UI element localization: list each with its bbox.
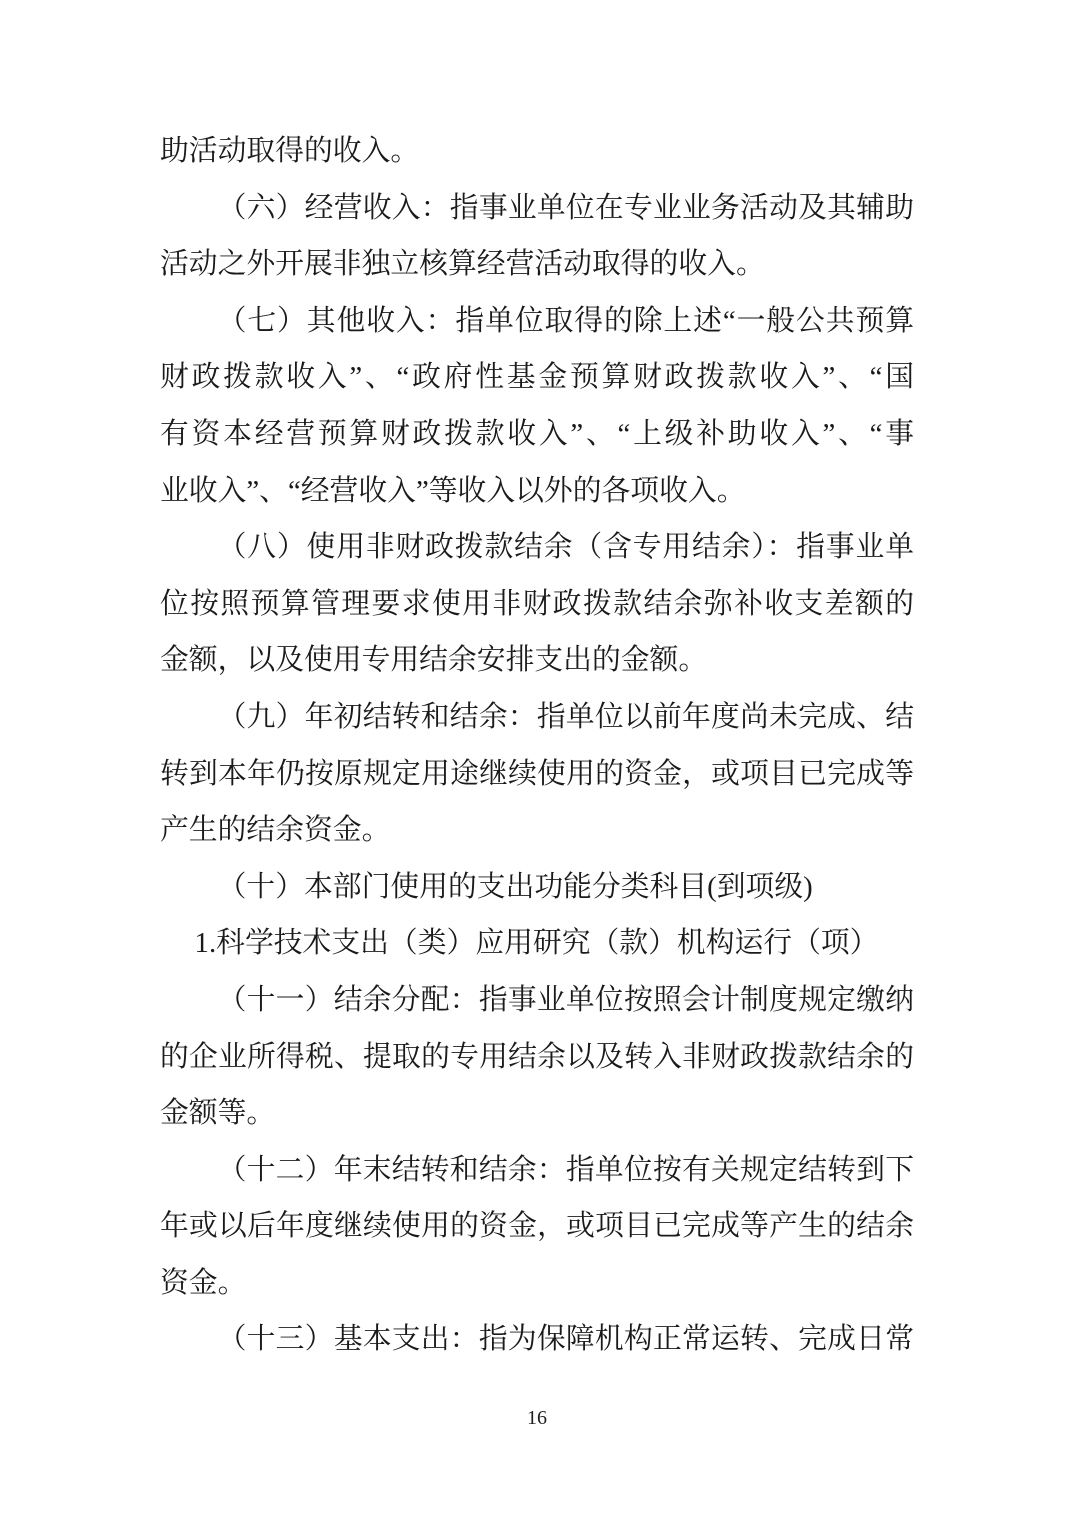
text-line: 资金。 (160, 1255, 914, 1312)
text-line: 金额，以及使用专用结余安排支出的金额。 (160, 632, 914, 689)
page-number: 16 (0, 1404, 1074, 1432)
text-line: 助活动取得的收入。 (160, 123, 914, 180)
text-line: （十三）基本支出：指为保障机构正常运转、完成日常 (160, 1311, 914, 1368)
text-line: （十）本部门使用的支出功能分类科目(到项级) (160, 859, 914, 916)
text-line: 的企业所得税、提取的专用结余以及转入非财政拨款结余的 (160, 1029, 914, 1086)
text-block: 助活动取得的收入。（六）经营收入：指事业单位在专业业务活动及其辅助活动之外开展非… (160, 123, 914, 1368)
text-line: 财政拨款收入”、“政府性基金预算财政拨款收入”、“国 (160, 349, 914, 406)
document-page: 助活动取得的收入。（六）经营收入：指事业单位在专业业务活动及其辅助活动之外开展非… (0, 0, 1074, 1520)
text-line: （十二）年末结转和结余：指单位按有关规定结转到下 (160, 1142, 914, 1199)
text-line: 1.科学技术支出（类）应用研究（款）机构运行（项） (160, 915, 914, 972)
text-line: 转到本年仍按原规定用途继续使用的资金，或项目已完成等 (160, 746, 914, 803)
text-line: （九）年初结转和结余：指单位以前年度尚未完成、结 (160, 689, 914, 746)
text-line: 年或以后年度继续使用的资金，或项目已完成等产生的结余 (160, 1198, 914, 1255)
text-line: 业收入”、“经营收入”等收入以外的各项收入。 (160, 463, 914, 520)
text-line: （十一）结余分配：指事业单位按照会计制度规定缴纳 (160, 972, 914, 1029)
text-line: （七）其他收入：指单位取得的除上述“一般公共预算 (160, 293, 914, 350)
text-line: 金额等。 (160, 1085, 914, 1142)
text-line: （六）经营收入：指事业单位在专业业务活动及其辅助 (160, 180, 914, 237)
text-line: 位按照预算管理要求使用非财政拨款结余弥补收支差额的 (160, 576, 914, 633)
text-line: 产生的结余资金。 (160, 802, 914, 859)
text-line: （八）使用非财政拨款结余（含专用结余）：指事业单 (160, 519, 914, 576)
text-line: 有资本经营预算财政拨款收入”、“上级补助收入”、“事 (160, 406, 914, 463)
text-line: 活动之外开展非独立核算经营活动取得的收入。 (160, 236, 914, 293)
